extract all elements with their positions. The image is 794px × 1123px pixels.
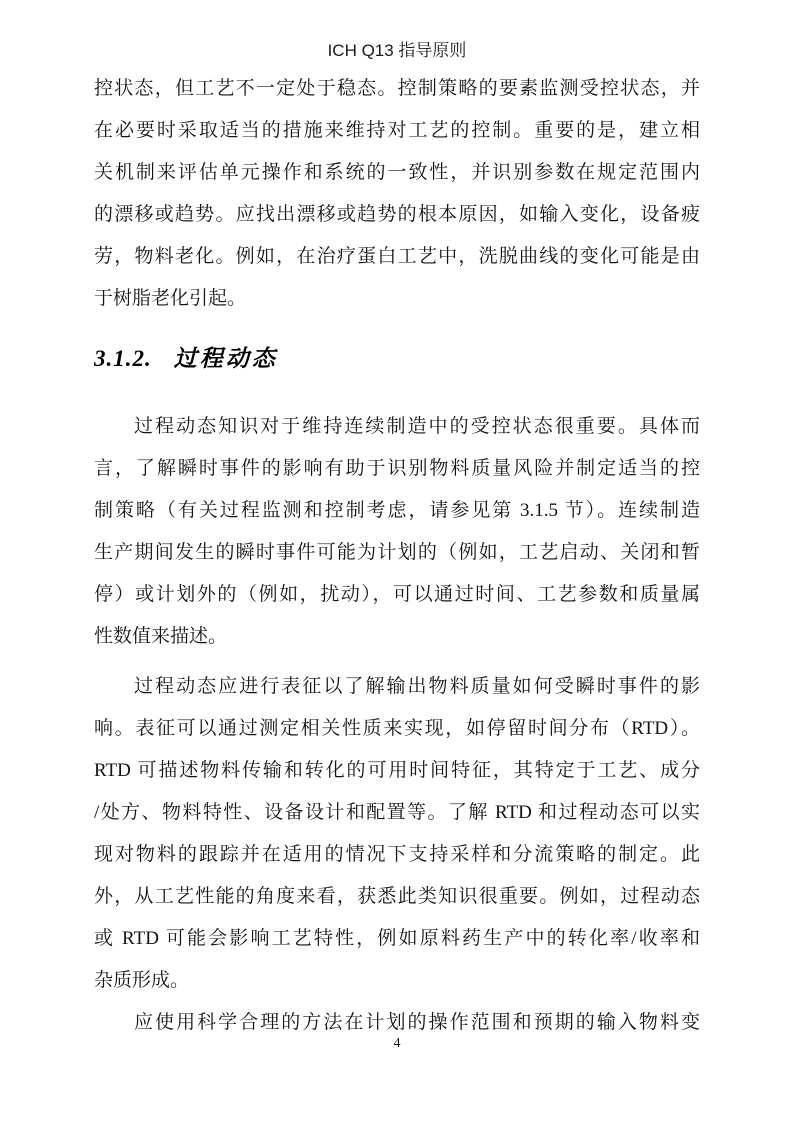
paragraph: 过程动态应进行表征以了解输出物料质量如何受瞬时事件的影 响。表征可以通过测定相关… <box>94 666 700 1002</box>
body-line: 外，从工艺性能的角度来看，获悉此类知识很重要。例如，过程动态 <box>94 876 700 918</box>
paragraph: 控状态，但工艺不一定处于稳态。控制策略的要素监测受控状态，并 在必要时采取适当的… <box>94 68 700 320</box>
document-body: 控状态，但工艺不一定处于稳态。控制策略的要素监测受控状态，并 在必要时采取适当的… <box>94 68 700 1044</box>
body-line: 在必要时采取适当的措施来维持对工艺的控制。重要的是，建立相 <box>94 110 700 152</box>
body-line: 或 RTD 可能会影响工艺特性，例如原料药生产中的转化率/收率和 <box>94 918 700 960</box>
body-line: 制策略（有关过程监测和控制考虑，请参见第 3.1.5 节）。连续制造 <box>94 490 700 532</box>
body-line: 生产期间发生的瞬时事件可能为计划的（例如，工艺启动、关闭和暂 <box>94 532 700 574</box>
paragraph: 过程动态知识对于维持连续制造中的受控状态很重要。具体而 言，了解瞬时事件的影响有… <box>94 406 700 658</box>
body-line: 响。表征可以通过测定相关性质来实现，如停留时间分布（RTD）。 <box>94 708 700 750</box>
body-line: 的漂移或趋势。应找出漂移或趋势的根本原因，如输入变化，设备疲 <box>94 194 700 236</box>
body-line: 言，了解瞬时事件的影响有助于识别物料质量风险并制定适当的控 <box>94 448 700 490</box>
body-line: 劳，物料老化。例如，在治疗蛋白工艺中，洗脱曲线的变化可能是由 <box>94 236 700 278</box>
body-line: 过程动态应进行表征以了解输出物料质量如何受瞬时事件的影 <box>94 666 700 708</box>
body-line: 现对物料的跟踪并在适用的情况下支持采样和分流策略的制定。此 <box>94 834 700 876</box>
page-number: 4 <box>0 1035 794 1053</box>
section-heading: 3.1.2.过程动态 <box>94 342 700 376</box>
section-number: 3.1.2. <box>94 346 152 371</box>
body-line: 于树脂老化引起。 <box>94 278 700 320</box>
running-header: ICH Q13 指导原则 <box>0 0 794 62</box>
body-line: 停）或计划外的（例如，扰动），可以通过时间、工艺参数和质量属 <box>94 574 700 616</box>
body-line: 性数值来描述。 <box>94 616 700 658</box>
body-line: 杂质形成。 <box>94 960 700 1002</box>
body-line: 过程动态知识对于维持连续制造中的受控状态很重要。具体而 <box>94 406 700 448</box>
section-title: 过程动态 <box>174 346 278 371</box>
body-line: 控状态，但工艺不一定处于稳态。控制策略的要素监测受控状态，并 <box>94 68 700 110</box>
body-line: 关机制来评估单元操作和系统的一致性，并识别参数在规定范围内 <box>94 152 700 194</box>
body-line: RTD 可描述物料传输和转化的可用时间特征，其特定于工艺、成分 <box>94 750 700 792</box>
body-line: /处方、物料特性、设备设计和配置等。了解 RTD 和过程动态可以实 <box>94 792 700 834</box>
